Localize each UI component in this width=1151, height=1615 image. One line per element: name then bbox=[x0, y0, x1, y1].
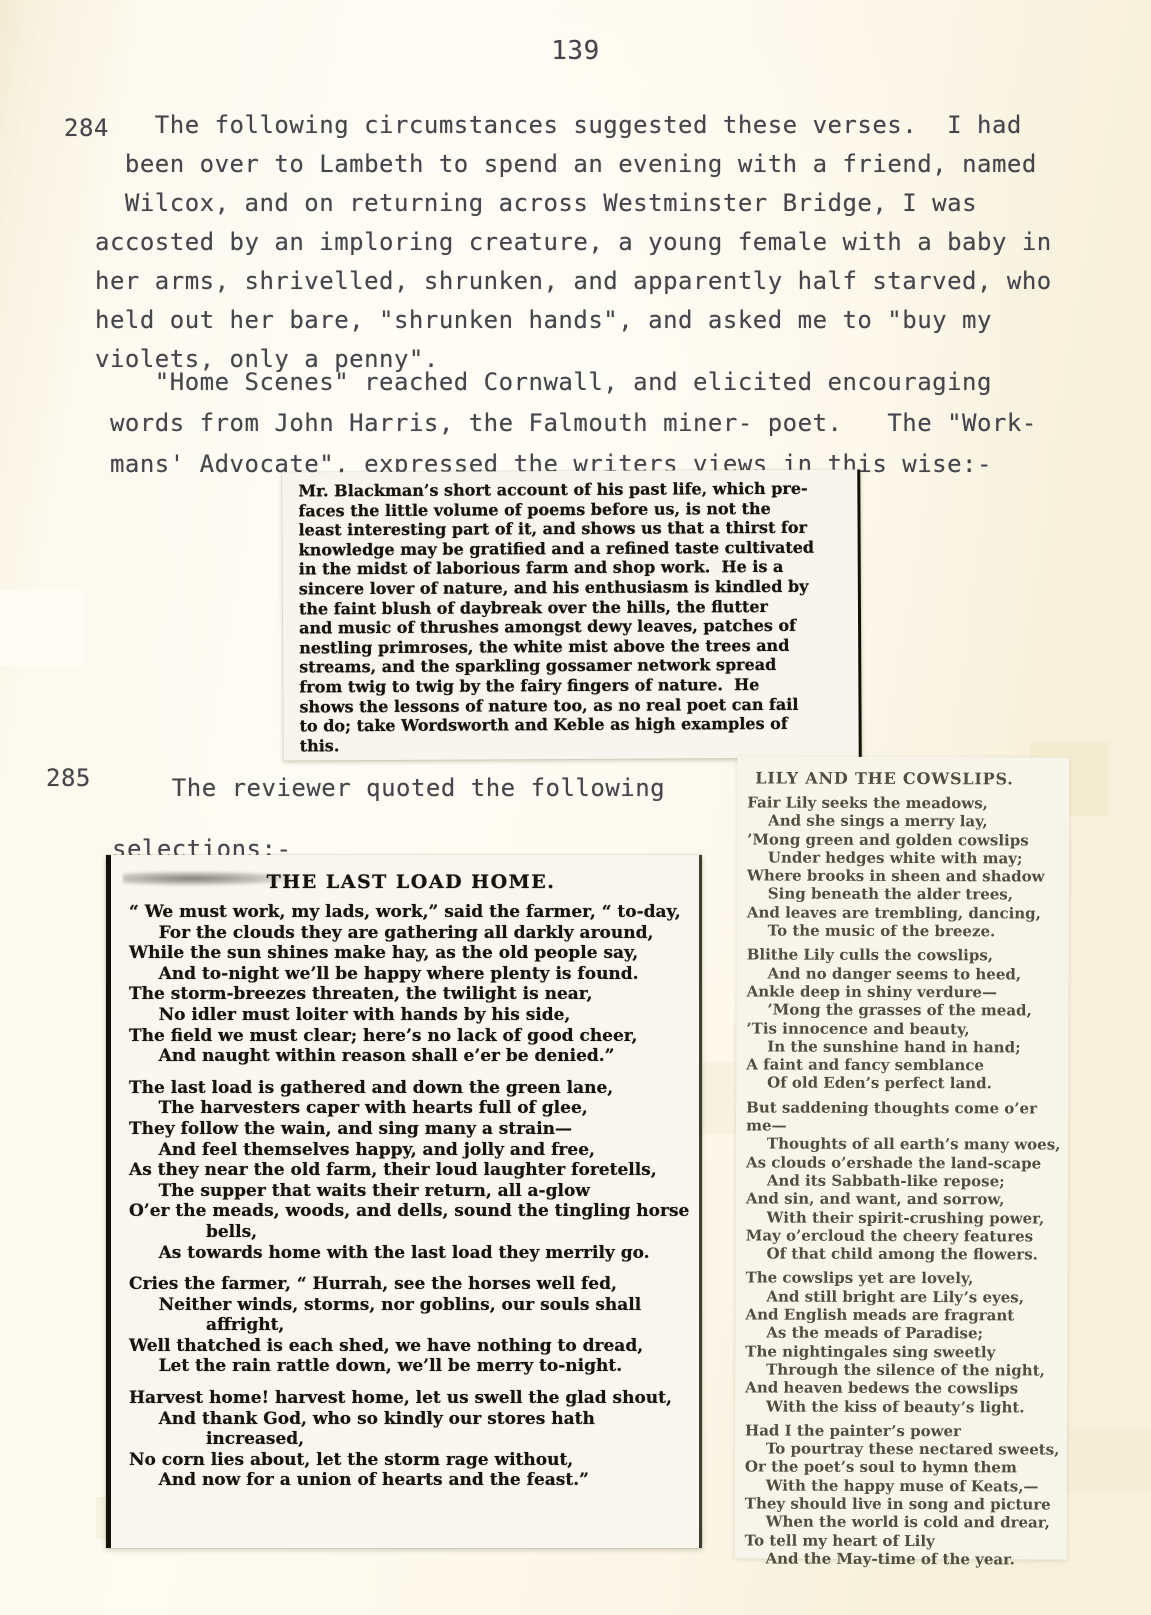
clipping-lily-title: LILY AND THE COWSLIPS. bbox=[755, 768, 1063, 788]
clipping-review-text: Mr. Blackman’s short account of his past… bbox=[298, 479, 846, 756]
clipping-last-load-home: THE LAST LOAD HOME. “ We must work, my l… bbox=[106, 855, 702, 1548]
poem-stanza: But saddening thoughts come o’er me— Tho… bbox=[746, 1098, 1063, 1264]
clipping-lily-and-the-cowslips: LILY AND THE COWSLIPS. Fair Lily seeks t… bbox=[735, 756, 1070, 1559]
poem-stanza: Fair Lily seeks the meadows, And she sin… bbox=[747, 793, 1064, 940]
paragraph-284-text-continued: "Home Scenes" reached Cornwall, and elic… bbox=[95, 362, 1037, 485]
poem-stanza: Had I the painter’s power To pourtray th… bbox=[745, 1421, 1062, 1568]
clipping-review: Mr. Blackman’s short account of his past… bbox=[282, 469, 862, 760]
page-number: 139 bbox=[0, 36, 1151, 66]
poem-stanza: Harvest home! harvest home, let us swell… bbox=[129, 1388, 693, 1491]
poem-stanza: Cries the farmer, “ Hurrah, see the hors… bbox=[129, 1274, 693, 1377]
poem-stanza: “ We must work, my lads, work,” said the… bbox=[129, 902, 693, 1067]
poem-stanza: The cowslips yet are lovely, And still b… bbox=[745, 1269, 1062, 1416]
paragraph-285-number: 285 bbox=[46, 764, 91, 792]
paper-patch bbox=[0, 590, 84, 666]
ink-smudge bbox=[123, 871, 295, 886]
poem-stanza: Blithe Lily culls the cowslips, And no d… bbox=[746, 946, 1063, 1093]
poem-stanza: The last load is gathered and down the g… bbox=[129, 1078, 693, 1263]
paragraph-284-text: The following circumstances suggested th… bbox=[95, 106, 1052, 379]
scanned-scrapbook-page: 139 284 The following circumstances sugg… bbox=[0, 0, 1151, 1615]
